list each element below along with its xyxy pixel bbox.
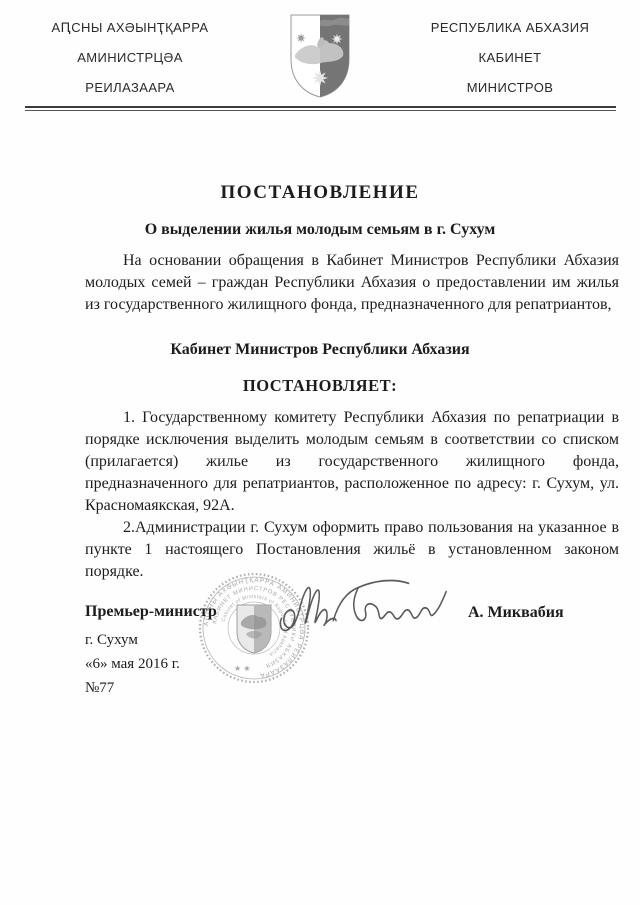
resolution-item-1: 1. Государственному комитету Республики … [85,407,619,517]
document-page: АԤСНЫ АХӘЫНҬҚАРРА АМИНИСТРЦӘА РЕИЛАЗААРА [0,0,640,905]
handwritten-signature [276,573,448,635]
letterhead-russian: РЕСПУБЛИКА АБХАЗИЯ КАБИНЕТ МИНИСТРОВ [405,21,615,111]
issuing-authority: Кабинет Министров Республики Абхазия [0,341,640,359]
letterhead-russian-line2: КАБИНЕТ [405,51,615,64]
issue-date: «6» мая 2016 г. [85,656,180,673]
letterhead-russian-line3: МИНИСТРОВ [405,81,615,94]
issue-city: г. Сухум [85,632,138,649]
signer-name: А. Миквабия [468,604,564,622]
document-number: №77 [85,680,114,697]
letterhead-abkhaz-line1: АԤСНЫ АХӘЫНҬҚАРРА [25,21,235,34]
preamble-paragraph: На основании обращения в Кабинет Министр… [85,250,619,316]
resolution-items: 1. Государственному комитету Республики … [85,407,619,583]
document-subject: О выделении жилья молодым семьям в г. Су… [0,221,640,239]
letterhead-abkhaz: АԤСНЫ АХӘЫНҬҚАРРА АМИНИСТРЦӘА РЕИЛАЗААРА [25,21,235,111]
letterhead-russian-line1: РЕСПУБЛИКА АБХАЗИЯ [405,21,615,34]
coat-of-arms-icon [287,13,353,99]
seal-center-shield [237,605,271,653]
letterhead-divider [25,106,616,111]
document-title: ПОСТАНОВЛЕНИЕ [0,182,640,204]
resolves-heading: ПОСТАНОВЛЯЕТ: [0,376,640,396]
seal-stars: ★ ★ [234,664,251,673]
letterhead-abkhaz-line3: РЕИЛАЗААРА [25,81,235,94]
signer-position: Премьер-министр [85,603,217,621]
letterhead-abkhaz-line2: АМИНИСТРЦӘА [25,51,235,64]
